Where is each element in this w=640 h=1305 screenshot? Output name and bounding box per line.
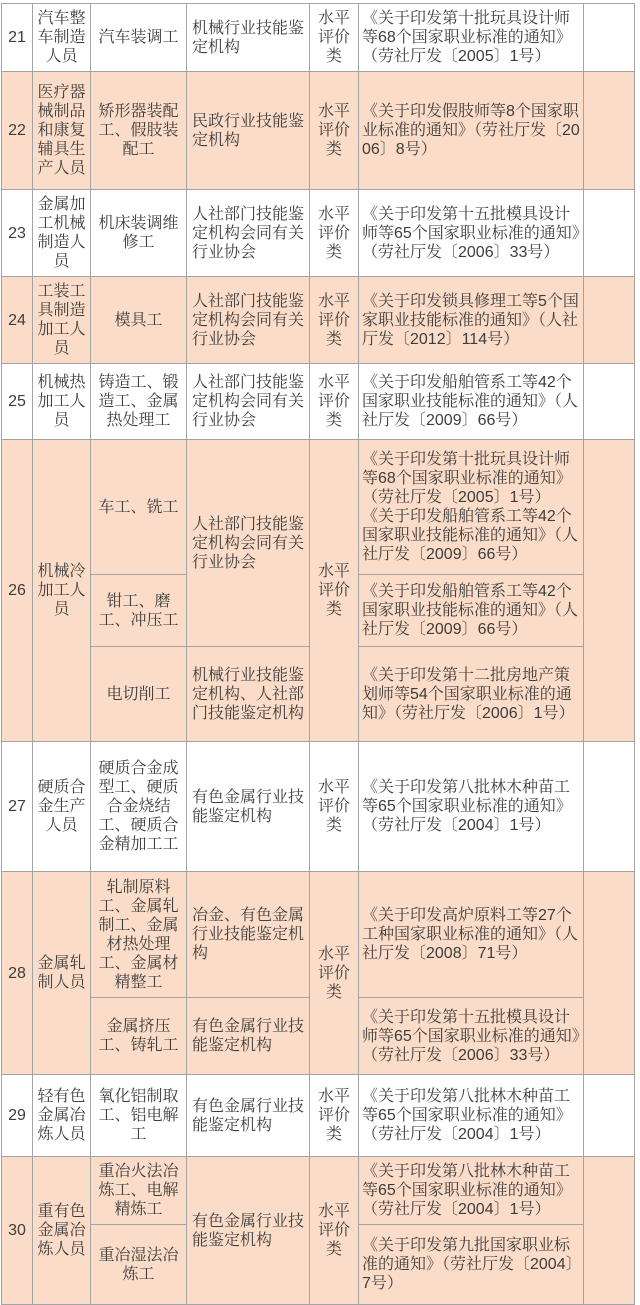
table-row: 27 硬质合金生产人员 硬质合金成型工、硬质合金烧结工、硬质合金精加工工 有色金… bbox=[2, 742, 634, 872]
job-cell: 金属挤压工、铸轧工 bbox=[91, 997, 186, 1074]
doc-notice: 《关于印发船舶管系工等42个国家职业技能标准的通知》（人社厅发〔2009〕66号… bbox=[362, 582, 580, 639]
doc-cell: 《关于印发第十五批模具设计师等65个国家职业标准的通知》（劳社厅发〔2006〕3… bbox=[359, 997, 583, 1074]
table-row: 29 轻有色金属冶炼人员 氧化铝制取工、铝电解工 有色金属行业技能鉴定机构 水平… bbox=[2, 1075, 634, 1157]
job-cell: 车工、铣工 bbox=[91, 440, 186, 574]
doc-cell: 《关于印发第八批林木种苗工等65个国家职业标准的通知》（劳社厅发〔2004〕1号… bbox=[359, 1157, 583, 1224]
table-row: 26 机械冷加工人员 车工、铣工 钳工、磨工、冲压工 电切削工 人社部门技能鉴定… bbox=[2, 440, 634, 742]
org-cell: 冶金、有色金属行业技能鉴定机构 bbox=[187, 872, 309, 997]
job-cell: 电切削工 bbox=[91, 646, 186, 741]
eval-cell: 水平评价类 bbox=[310, 190, 358, 276]
doc-notice: 《关于印发锁具修理工等5个国家职业技能标准的通知》（人社厅发〔2012〕114号… bbox=[362, 292, 580, 349]
job-cell: 汽车装调工 bbox=[91, 4, 186, 71]
eval-cell: 水平评价类 bbox=[310, 1075, 358, 1156]
row-number: 28 bbox=[2, 872, 32, 1074]
doc-notice: 《关于印发船舶管系工等42个国家职业技能标准的通知》（人社厅发〔2009〕66号… bbox=[362, 507, 580, 564]
table-row: 25 机械热加工人员 铸造工、锻造工、金属热处理工 人社部门技能鉴定机构会同有关… bbox=[2, 364, 634, 440]
category-cell: 金属加工机械制造人员 bbox=[33, 190, 90, 276]
job-cell: 模具工 bbox=[91, 277, 186, 363]
job-cell: 矫形器装配工、假肢装配工 bbox=[91, 72, 186, 189]
table-row: 23 金属加工机械制造人员 机床装调维修工 人社部门技能鉴定机构会同有关行业协会… bbox=[2, 190, 634, 277]
table-row: 22 医疗器械制品和康复辅具生产人员 矫形器装配工、假肢装配工 民政行业技能鉴定… bbox=[2, 72, 634, 190]
org-cell: 有色金属行业技能鉴定机构 bbox=[187, 1075, 309, 1156]
empty-cell bbox=[584, 440, 634, 741]
org-cell: 机械行业技能鉴定机构、人社部门技能鉴定机构 bbox=[187, 646, 309, 741]
table-row: 28 金属轧制人员 轧制原料工、金属轧制工、金属材热处理工、金属材精整工 金属挤… bbox=[2, 872, 634, 1075]
doc-cell: 《关于印发高炉原料工等27个工种国家职业标准的通知》（人社厅发〔2008〕71号… bbox=[359, 872, 583, 997]
org-cell: 人社部门技能鉴定机构会同有关行业协会 bbox=[187, 190, 309, 276]
doc-notice: 《关于印发第八批林木种苗工等65个国家职业标准的通知》（劳社厅发〔2004〕1号… bbox=[362, 778, 580, 835]
category-cell: 重有色金属冶炼人员 bbox=[33, 1157, 90, 1304]
org-cell: 人社部门技能鉴定机构会同有关行业协会 bbox=[187, 277, 309, 363]
eval-cell: 水平评价类 bbox=[310, 1157, 358, 1304]
eval-cell: 水平评价类 bbox=[310, 440, 358, 741]
eval-cell: 水平评价类 bbox=[310, 4, 358, 71]
doc-cell: 《关于印发第十五批模具设计师等65个国家职业标准的通知》（劳社厅发〔2006〕3… bbox=[359, 190, 583, 276]
row-number: 25 bbox=[2, 364, 32, 439]
doc-cell: 《关于印发第八批林木种苗工等65个国家职业标准的通知》（劳社厅发〔2004〕1号… bbox=[359, 1075, 583, 1156]
table-row: 30 重有色金属冶炼人员 重冶火法冶炼工、电解精炼工 重冶湿法冶炼工 有色金属行… bbox=[2, 1157, 634, 1304]
category-cell: 机械热加工人员 bbox=[33, 364, 90, 439]
job-cell: 重冶火法冶炼工、电解精炼工 bbox=[91, 1157, 186, 1224]
doc-notice: 《关于印发假肢师等8个国家职业标准的通知》（劳社厅发〔2006〕8号） bbox=[362, 102, 580, 159]
row-number: 29 bbox=[2, 1075, 32, 1156]
doc-notice: 《关于印发高炉原料工等27个工种国家职业标准的通知》（人社厅发〔2008〕71号… bbox=[362, 906, 580, 963]
table-row: 21 汽车整车制造人员 汽车装调工 机械行业技能鉴定机构 水平评价类 《关于印发… bbox=[2, 4, 634, 72]
doc-notice: 《关于印发船舶管系工等42个国家职业技能标准的通知》（人社厅发〔2009〕66号… bbox=[362, 373, 580, 430]
category-cell: 医疗器械制品和康复辅具生产人员 bbox=[33, 72, 90, 189]
doc-cell: 《关于印发船舶管系工等42个国家职业技能标准的通知》（人社厅发〔2009〕66号… bbox=[359, 574, 583, 646]
row-number: 21 bbox=[2, 4, 32, 71]
doc-notice: 《关于印发第十批玩具设计师等68个国家职业标准的通知》（劳社厅发〔2005〕1号… bbox=[362, 9, 580, 66]
category-cell: 硬质合金生产人员 bbox=[33, 742, 90, 871]
org-cell: 人社部门技能鉴定机构会同有关行业协会 bbox=[187, 440, 309, 646]
row-number: 22 bbox=[2, 72, 32, 189]
doc-notice: 《关于印发第十批玩具设计师等68个国家职业标准的通知》（劳社厅发〔2005〕1号… bbox=[362, 450, 580, 507]
doc-notice: 《关于印发第十五批模具设计师等65个国家职业标准的通知》（劳社厅发〔2006〕3… bbox=[362, 1008, 580, 1065]
org-cell: 民政行业技能鉴定机构 bbox=[187, 72, 309, 189]
doc-notice: 《关于印发第十二批房地产策划师等54个国家职业标准的通知》（劳社厅发〔2006〕… bbox=[362, 666, 580, 723]
occupation-table: 21 汽车整车制造人员 汽车装调工 机械行业技能鉴定机构 水平评价类 《关于印发… bbox=[1, 3, 635, 1305]
empty-cell bbox=[584, 872, 634, 1074]
doc-notice: 《关于印发第十五批模具设计师等65个国家职业标准的通知》（劳社厅发〔2006〕3… bbox=[362, 205, 580, 262]
org-cell: 有色金属行业技能鉴定机构 bbox=[187, 1157, 309, 1304]
empty-cell bbox=[584, 72, 634, 189]
doc-cell: 《关于印发第十批玩具设计师等68个国家职业标准的通知》（劳社厅发〔2005〕1号… bbox=[359, 440, 583, 574]
doc-cell: 《关于印发第八批林木种苗工等65个国家职业标准的通知》（劳社厅发〔2004〕1号… bbox=[359, 742, 583, 871]
empty-cell bbox=[584, 190, 634, 276]
table-row: 24 工装工具制造加工人员 模具工 人社部门技能鉴定机构会同有关行业协会 水平评… bbox=[2, 277, 634, 364]
doc-cell: 《关于印发第十批玩具设计师等68个国家职业标准的通知》（劳社厅发〔2005〕1号… bbox=[359, 4, 583, 71]
doc-cell: 《关于印发第九批国家职业标准的通知》（劳社厅发〔2004〕7号） bbox=[359, 1224, 583, 1304]
empty-cell bbox=[584, 364, 634, 439]
org-cell: 机械行业技能鉴定机构 bbox=[187, 4, 309, 71]
job-cell: 机床装调维修工 bbox=[91, 190, 186, 276]
eval-cell: 水平评价类 bbox=[310, 277, 358, 363]
empty-cell bbox=[584, 742, 634, 871]
job-cell: 轧制原料工、金属轧制工、金属材热处理工、金属材精整工 bbox=[91, 872, 186, 997]
doc-notice: 《关于印发第八批林木种苗工等65个国家职业标准的通知》（劳社厅发〔2004〕1号… bbox=[362, 1162, 580, 1219]
category-cell: 轻有色金属冶炼人员 bbox=[33, 1075, 90, 1156]
eval-cell: 水平评价类 bbox=[310, 364, 358, 439]
category-cell: 工装工具制造加工人员 bbox=[33, 277, 90, 363]
doc-cell: 《关于印发假肢师等8个国家职业标准的通知》（劳社厅发〔2006〕8号） bbox=[359, 72, 583, 189]
row-number: 26 bbox=[2, 440, 32, 741]
doc-notice: 《关于印发第八批林木种苗工等65个国家职业标准的通知》（劳社厅发〔2004〕1号… bbox=[362, 1087, 580, 1144]
org-cell: 有色金属行业技能鉴定机构 bbox=[187, 742, 309, 871]
org-cell: 人社部门技能鉴定机构会同有关行业协会 bbox=[187, 364, 309, 439]
category-cell: 金属轧制人员 bbox=[33, 872, 90, 1074]
empty-cell bbox=[584, 4, 634, 71]
doc-cell: 《关于印发船舶管系工等42个国家职业技能标准的通知》（人社厅发〔2009〕66号… bbox=[359, 364, 583, 439]
empty-cell bbox=[584, 1075, 634, 1156]
job-cell: 氧化铝制取工、铝电解工 bbox=[91, 1075, 186, 1156]
category-cell: 汽车整车制造人员 bbox=[33, 4, 90, 71]
row-number: 24 bbox=[2, 277, 32, 363]
eval-cell: 水平评价类 bbox=[310, 872, 358, 1074]
org-cell: 有色金属行业技能鉴定机构 bbox=[187, 997, 309, 1074]
empty-cell bbox=[584, 277, 634, 363]
eval-cell: 水平评价类 bbox=[310, 742, 358, 871]
doc-cell: 《关于印发锁具修理工等5个国家职业技能标准的通知》（人社厅发〔2012〕114号… bbox=[359, 277, 583, 363]
job-cell: 重冶湿法冶炼工 bbox=[91, 1224, 186, 1304]
empty-cell bbox=[584, 1157, 634, 1304]
job-cell: 硬质合金成型工、硬质合金烧结工、硬质合金精加工工 bbox=[91, 742, 186, 871]
job-cell: 铸造工、锻造工、金属热处理工 bbox=[91, 364, 186, 439]
row-number: 23 bbox=[2, 190, 32, 276]
eval-cell: 水平评价类 bbox=[310, 72, 358, 189]
doc-cell: 《关于印发第十二批房地产策划师等54个国家职业标准的通知》（劳社厅发〔2006〕… bbox=[359, 646, 583, 741]
row-number: 27 bbox=[2, 742, 32, 871]
job-cell: 钳工、磨工、冲压工 bbox=[91, 574, 186, 646]
row-number: 30 bbox=[2, 1157, 32, 1304]
doc-notice: 《关于印发第九批国家职业标准的通知》（劳社厅发〔2004〕7号） bbox=[362, 1236, 580, 1293]
category-cell: 机械冷加工人员 bbox=[33, 440, 90, 741]
